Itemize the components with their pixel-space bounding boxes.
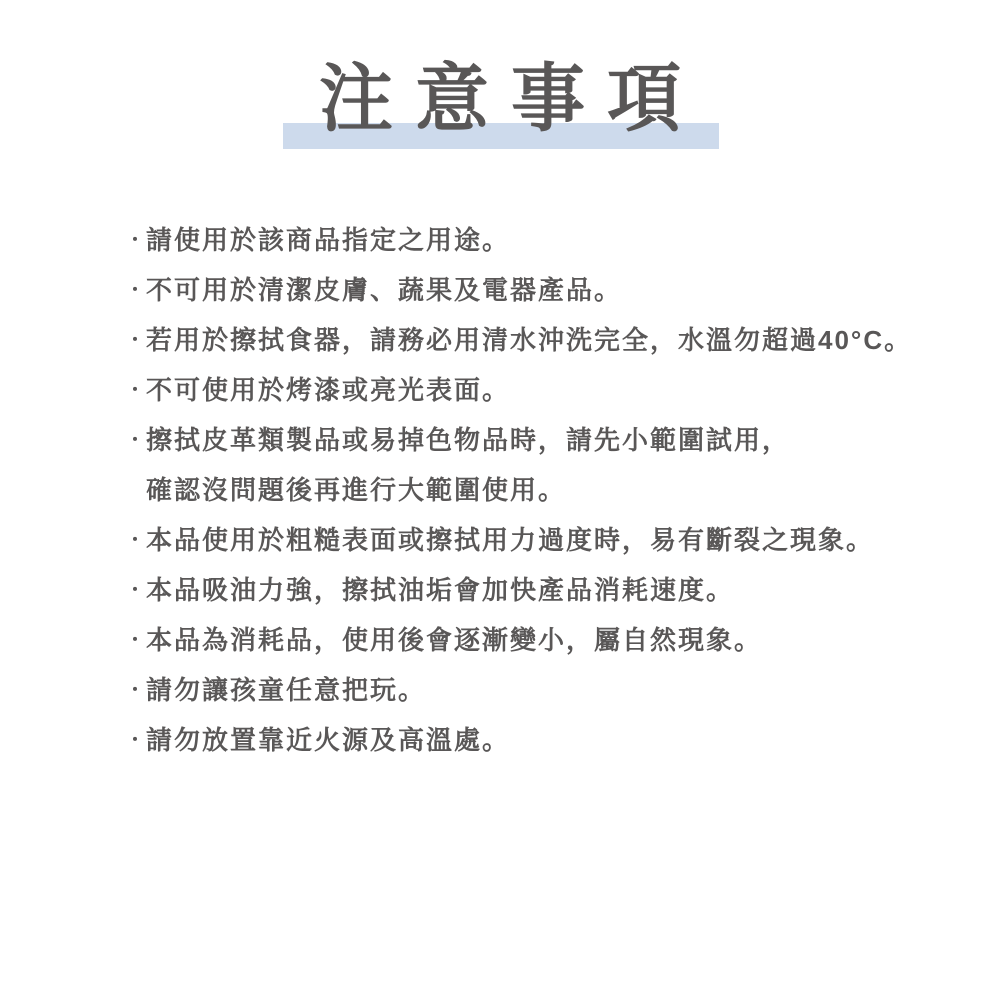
list-item-text: 本品為消耗品，使用後會逐漸變小，屬自然現象。 [146,615,762,665]
precautions-page: 注意事項 ・ 請使用於該商品指定之用途。 ・ 不可用於清潔皮膚、蔬果及電器產品。… [0,0,1000,1000]
bullet-dot: ・ [126,215,146,265]
list-item: ・ 本品使用於粗糙表面或擦拭用力過度時，易有斷裂之現象。 [126,515,950,565]
list-item-text: 不可用於清潔皮膚、蔬果及電器產品。 [146,265,622,315]
list-item: ・ 本品為消耗品，使用後會逐漸變小，屬自然現象。 [126,615,950,665]
list-item: ・ 請勿讓孩童任意把玩。 [126,665,950,715]
list-item-text: 本品吸油力強，擦拭油垢會加快產品消耗速度。 [146,565,734,615]
list-item-continuation: 確認沒問題後再進行大範圍使用。 [126,465,950,515]
list-item-text: 不可使用於烤漆或亮光表面。 [146,365,510,415]
list-item: ・ 不可用於清潔皮膚、蔬果及電器產品。 [126,265,950,315]
page-title: 注意事項 [0,58,1000,139]
list-item-text: 請勿讓孩童任意把玩。 [146,665,426,715]
bullet-dot: ・ [126,365,146,415]
page-header: 注意事項 [0,0,1000,180]
bullet-dot: ・ [126,665,146,715]
list-item-text: 若用於擦拭食器，請務必用清水沖洗完全，水溫勿超過40°C。 [146,315,912,365]
bullet-dot: ・ [126,565,146,615]
bullet-dot: ・ [126,615,146,665]
bullet-dot: ・ [126,265,146,315]
precautions-list: ・ 請使用於該商品指定之用途。 ・ 不可用於清潔皮膚、蔬果及電器產品。 ・ 若用… [126,215,950,765]
list-item: ・ 擦拭皮革類製品或易掉色物品時，請先小範圍試用， [126,415,950,465]
list-item-text: 請使用於該商品指定之用途。 [146,215,510,265]
list-item-text: 本品使用於粗糙表面或擦拭用力過度時，易有斷裂之現象。 [146,515,874,565]
bullet-dot: ・ [126,515,146,565]
list-item-text: 請勿放置靠近火源及高溫處。 [146,715,510,765]
list-item: ・ 不可使用於烤漆或亮光表面。 [126,365,950,415]
list-item: ・ 若用於擦拭食器，請務必用清水沖洗完全，水溫勿超過40°C。 [126,315,950,365]
list-item: ・ 本品吸油力強，擦拭油垢會加快產品消耗速度。 [126,565,950,615]
list-item-text: 擦拭皮革類製品或易掉色物品時，請先小範圍試用， [146,415,790,465]
bullet-dot: ・ [126,315,146,365]
list-item: ・ 請勿放置靠近火源及高溫處。 [126,715,950,765]
list-item-text: 確認沒問題後再進行大範圍使用。 [146,465,566,515]
bullet-dot: ・ [126,415,146,465]
list-item: ・ 請使用於該商品指定之用途。 [126,215,950,265]
bullet-dot: ・ [126,715,146,765]
